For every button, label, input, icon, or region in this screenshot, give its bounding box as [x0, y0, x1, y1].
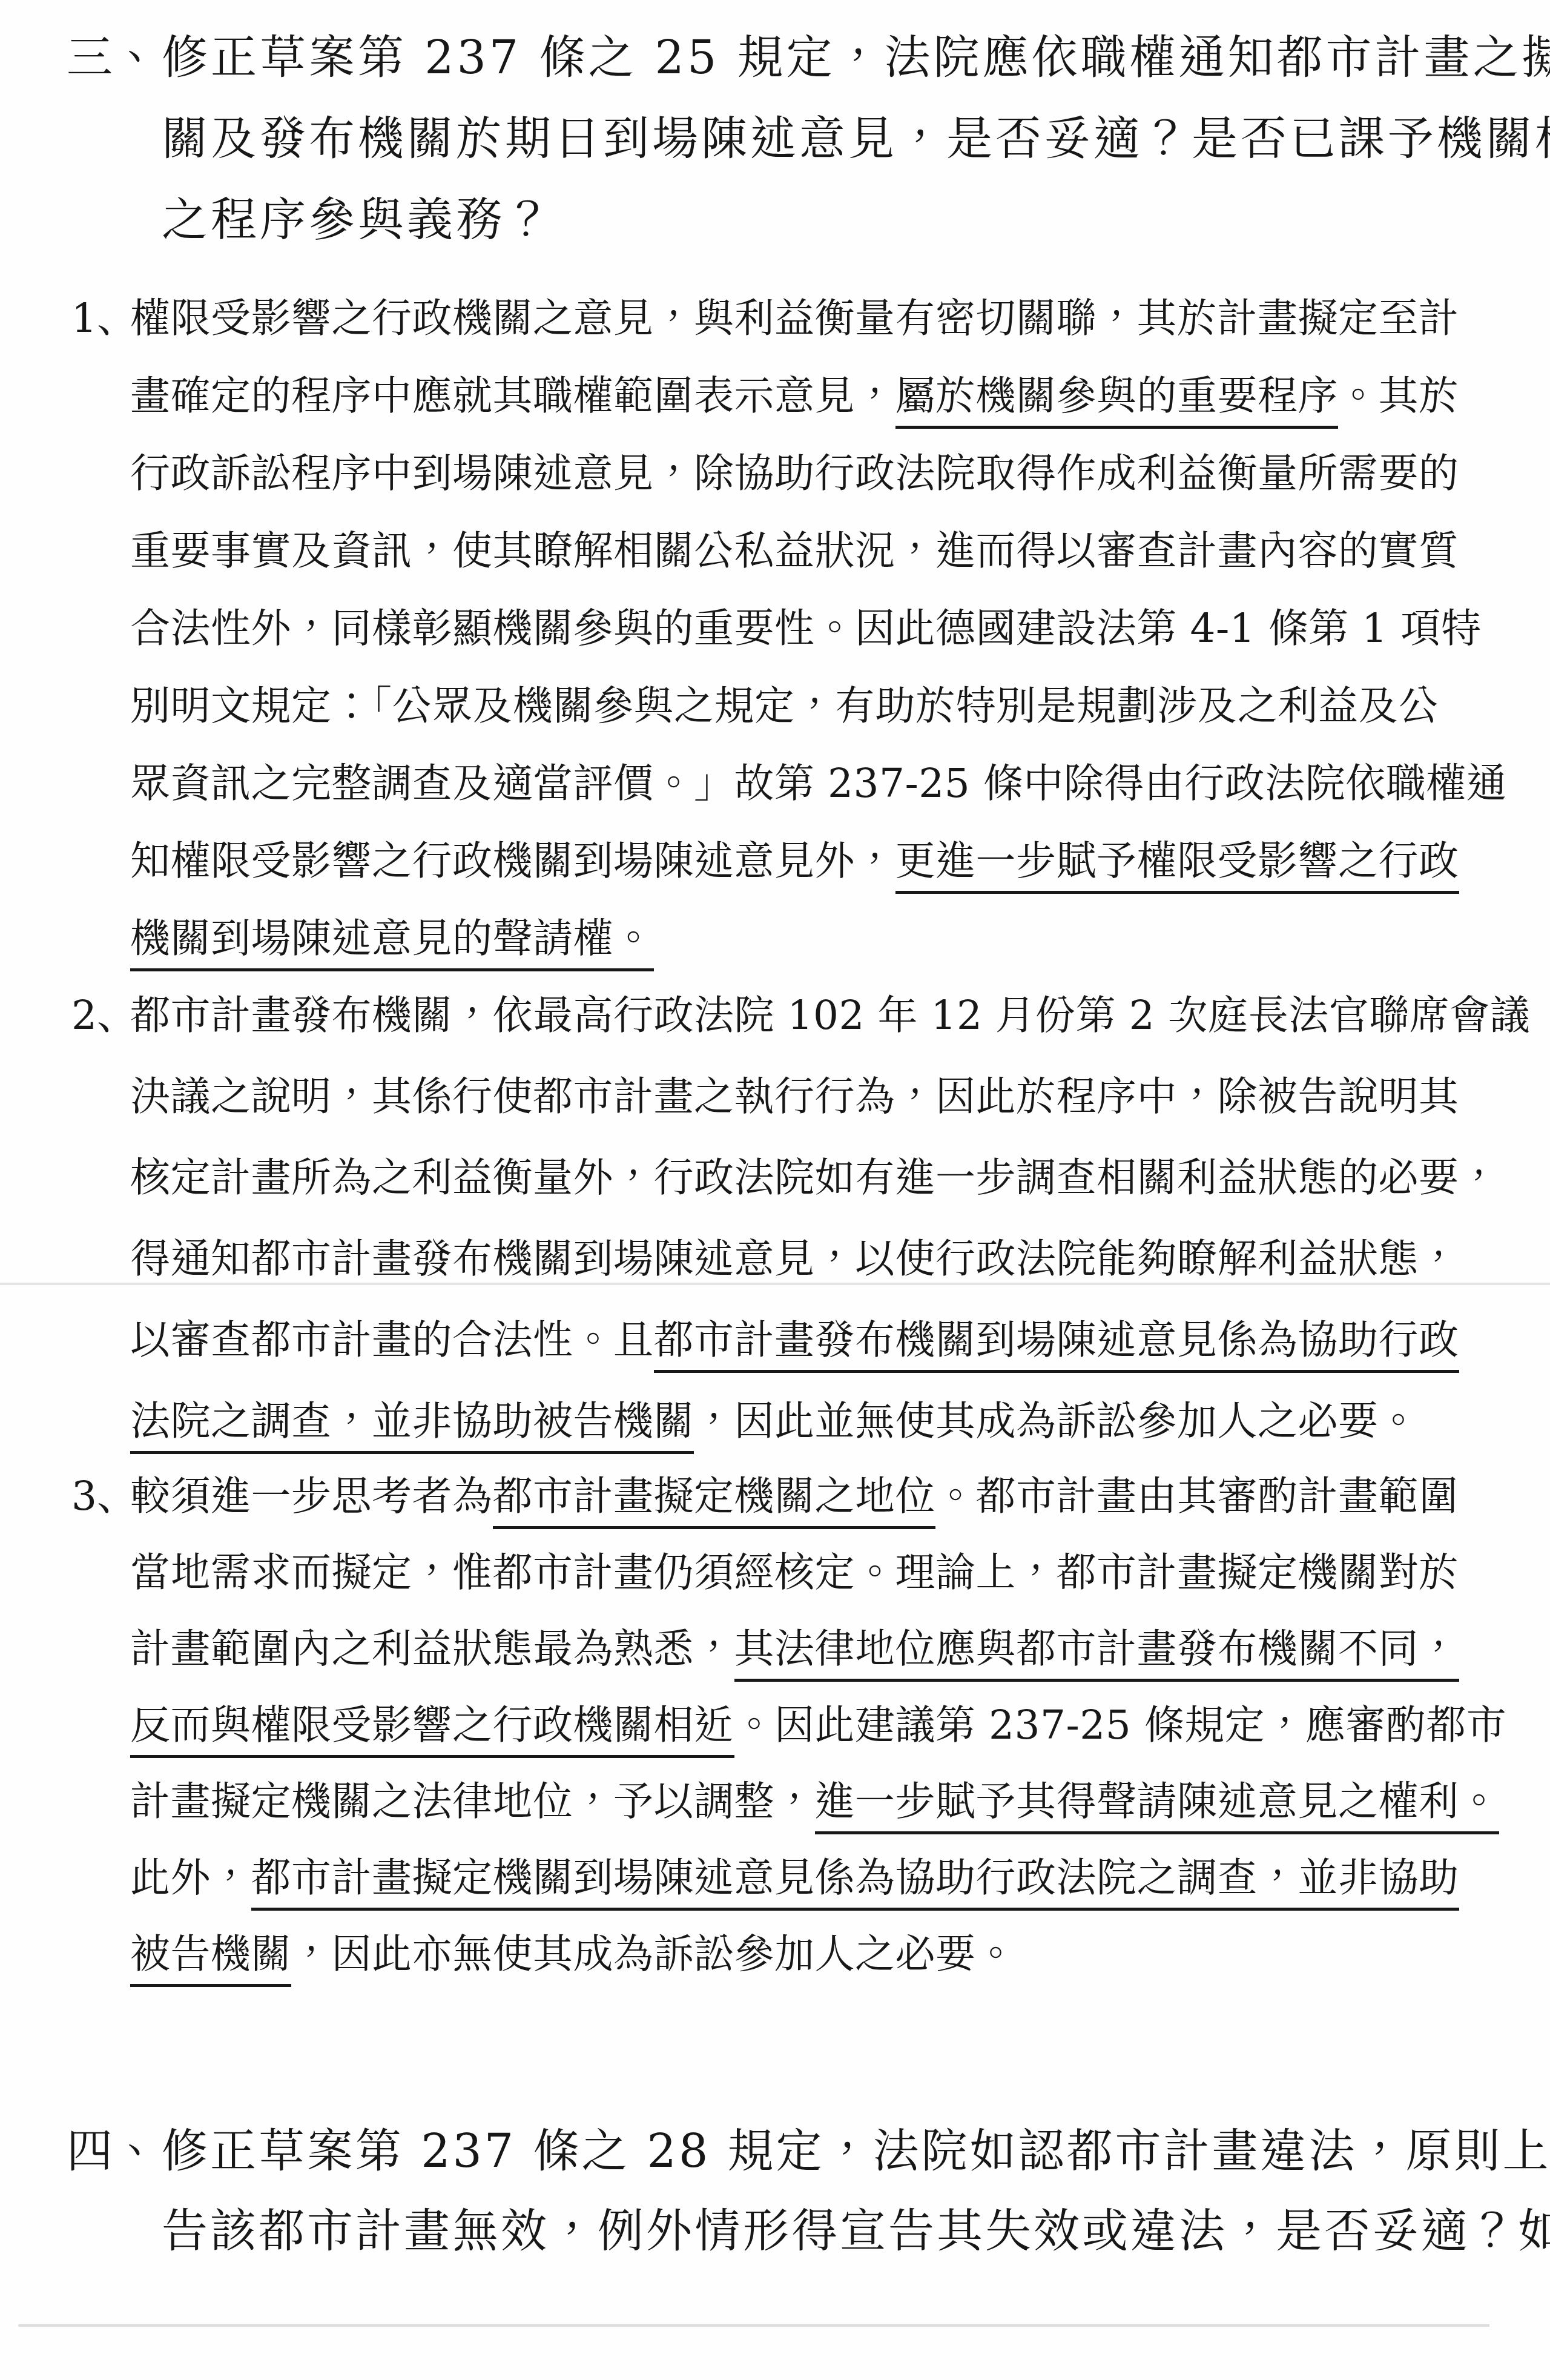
section-para-1: 1、權限受影響之行政機關之意見，與利益衡量有密切關聯，其於計畫擬定至計畫確定的程… [0, 280, 1550, 977]
text-line: 合法性外，同樣彰顯機關參與的重要性。因此德國建設法第 4-1 條第 1 項特 [0, 590, 1550, 667]
underlined-text: 機關到場陳述意見的聲請權。 [130, 915, 654, 971]
text-segment: 眾資訊之完整調查及適當評價。」故第 237-25 條中除得由行政法院依職權通 [130, 760, 1506, 807]
text-line: 行政訴訟程序中到場陳述意見，除協助行政法院取得作成利益衡量所需要的 [0, 435, 1550, 512]
text-segment: 決議之說明，其係行使都市計畫之執行行為，因此於程序中，除被告說明其 [130, 1073, 1459, 1120]
text-line: 畫確定的程序中應就其職權範圍表示意見，屬於機關參與的重要程序。其於 [0, 357, 1550, 435]
text-segment: 修正草案第 237 條之 28 規定，法院如認都市計畫違法，原則上應宣 [162, 2124, 1550, 2178]
text-line: 之程序參與義務？ [0, 179, 1550, 260]
text-line: 法院之調查，並非協助被告機關，因此並無使其成為訴訟參加人之必要。 [0, 1381, 1550, 1462]
underlined-text: 法院之調查，並非協助被告機關 [130, 1398, 694, 1454]
text-segment: 行政訴訟程序中到場陳述意見，除協助行政法院取得作成利益衡量所需要的 [130, 450, 1459, 497]
text-segment: ，因此並無使其成為訴訟參加人之必要。 [694, 1398, 1419, 1444]
underlined-text: 屬於機關參與的重要程序 [895, 372, 1339, 429]
underlined-text: 進一步賦予其得聲請陳述意見之權利。 [815, 1778, 1500, 1834]
underlined-text: 其法律地位應與都市計畫發布機關不同， [734, 1625, 1459, 1682]
text-line: 機關到場陳述意見的聲請權。 [0, 900, 1550, 977]
text-line: 四、修正草案第 237 條之 28 規定，法院如認都市計畫違法，原則上應宣 [0, 2111, 1550, 2191]
text-line: 當地需求而擬定，惟都市計畫仍須經核定。理論上，都市計畫擬定機關對於 [0, 1535, 1550, 1611]
text-line: 計畫擬定機關之法律地位，予以調整，進一步賦予其得聲請陳述意見之權利。 [0, 1764, 1550, 1840]
text-segment: 此外， [130, 1854, 251, 1901]
text-segment: 。因此建議第 237-25 條規定，應審酌都市 [734, 1702, 1507, 1748]
text-line: 告該都市計畫無效，例外情形得宣告其失效或違法，是否妥適？如相 [0, 2191, 1550, 2271]
text-line: 得通知都市計畫發布機關到場陳述意見，以使行政法院能夠瞭解利益狀態， [0, 1218, 1550, 1300]
text-line: 知權限受影響之行政機關到場陳述意見外，更進一步賦予權限受影響之行政 [0, 822, 1550, 900]
text-line: 別明文規定：「公眾及機關參與之規定，有助於特別是規劃涉及之利益及公 [0, 667, 1550, 745]
text-segment: 當地需求而擬定，惟都市計畫仍須經核定。理論上，都市計畫擬定機關對於 [130, 1549, 1459, 1596]
text-segment: 別明文規定：「公眾及機關參與之規定，有助於特別是規劃涉及之利益及公 [130, 683, 1439, 729]
text-segment: 計畫擬定機關之法律地位，予以調整， [130, 1778, 815, 1825]
text-segment: 以審查都市計畫的合法性。且 [130, 1317, 654, 1363]
text-segment: 修正草案第 237 條之 25 規定，法院應依職權通知都市計畫之擬定機 [162, 30, 1550, 84]
document-page: 三、修正草案第 237 條之 25 規定，法院應依職權通知都市計畫之擬定機關及發… [0, 0, 1550, 2380]
text-segment: 告該都市計畫無效，例外情形得宣告其失效或違法，是否妥適？如相 [162, 2204, 1550, 2258]
text-segment: 知權限受影響之行政機關到場陳述意見外， [130, 838, 895, 884]
list-marker: 四、 [67, 2111, 159, 2191]
text-line: 三、修正草案第 237 條之 25 規定，法院應依職權通知都市計畫之擬定機 [0, 17, 1550, 98]
text-segment: 都市計畫發布機關，依最高行政法院 102 年 12 月份第 2 次庭長法官聯席會… [130, 992, 1530, 1039]
text-segment: 關及發布機關於期日到場陳述意見，是否妥適？是否已課予機關相當 [162, 111, 1550, 165]
text-line: 以審查都市計畫的合法性。且都市計畫發布機關到場陳述意見係為協助行政 [0, 1300, 1550, 1381]
text-line: 2、都市計畫發布機關，依最高行政法院 102 年 12 月份第 2 次庭長法官聯… [0, 975, 1550, 1056]
list-marker: 3、 [71, 1458, 137, 1535]
text-segment: 得通知都市計畫發布機關到場陳述意見，以使行政法院能夠瞭解利益狀態， [130, 1235, 1459, 1282]
list-marker: 2、 [71, 975, 137, 1056]
underlined-text: 都市計畫發布機關到場陳述意見係為協助行政 [654, 1317, 1459, 1373]
text-segment: 畫確定的程序中應就其職權範圍表示意見， [130, 372, 895, 419]
text-segment: 之程序參與義務？ [162, 193, 554, 246]
text-segment: 核定計畫所為之利益衡量外，行政法院如有進一步調查相關利益狀態的必要， [130, 1154, 1499, 1201]
text-line: 此外，都市計畫擬定機關到場陳述意見係為協助行政法院之調查，並非協助 [0, 1840, 1550, 1916]
section-heading-4: 四、修正草案第 237 條之 28 規定，法院如認都市計畫違法，原則上應宣告該都… [0, 2111, 1550, 2271]
text-line: 重要事實及資訊，使其瞭解相關公私益狀況，進而得以審查計畫內容的實質 [0, 512, 1550, 590]
text-line: 核定計畫所為之利益衡量外，行政法院如有進一步調查相關利益狀態的必要， [0, 1137, 1550, 1218]
text-segment: 計畫範圍內之利益狀態最為熟悉， [130, 1625, 734, 1672]
text-segment: 重要事實及資訊，使其瞭解相關公私益狀況，進而得以審查計畫內容的實質 [130, 527, 1459, 574]
underlined-text: 都市計畫擬定機關之地位 [493, 1473, 936, 1529]
text-segment: 。都市計畫由其審酌計畫範圍 [935, 1473, 1459, 1519]
scan-artifact-line [18, 2324, 1489, 2327]
text-segment: 合法性外，同樣彰顯機關參與的重要性。因此德國建設法第 4-1 條第 1 項特 [130, 605, 1481, 652]
text-line: 決議之說明，其係行使都市計畫之執行行為，因此於程序中，除被告說明其 [0, 1056, 1550, 1137]
list-marker: 三、 [67, 17, 159, 98]
text-line: 反而與權限受影響之行政機關相近。因此建議第 237-25 條規定，應審酌都市 [0, 1687, 1550, 1764]
text-line: 被告機關，因此亦無使其成為訴訟參加人之必要。 [0, 1916, 1550, 1992]
section-heading-3: 三、修正草案第 237 條之 25 規定，法院應依職權通知都市計畫之擬定機關及發… [0, 17, 1550, 260]
text-line: 計畫範圍內之利益狀態最為熟悉，其法律地位應與都市計畫發布機關不同， [0, 1611, 1550, 1687]
list-marker: 1、 [71, 280, 137, 357]
text-segment: 。其於 [1338, 372, 1459, 419]
text-line: 眾資訊之完整調查及適當評價。」故第 237-25 條中除得由行政法院依職權通 [0, 745, 1550, 822]
text-line: 關及發布機關於期日到場陳述意見，是否妥適？是否已課予機關相當 [0, 98, 1550, 179]
underlined-text: 反而與權限受影響之行政機關相近 [130, 1702, 734, 1758]
section-para-3: 3、較須進一步思考者為都市計畫擬定機關之地位。都市計畫由其審酌計畫範圍當地需求而… [0, 1458, 1550, 1992]
text-segment: 較須進一步思考者為 [130, 1473, 493, 1519]
text-segment: 權限受影響之行政機關之意見，與利益衡量有密切關聯，其於計畫擬定至計 [130, 295, 1459, 342]
section-para-2: 2、都市計畫發布機關，依最高行政法院 102 年 12 月份第 2 次庭長法官聯… [0, 975, 1550, 1462]
text-line: 1、權限受影響之行政機關之意見，與利益衡量有密切關聯，其於計畫擬定至計 [0, 280, 1550, 357]
text-line: 3、較須進一步思考者為都市計畫擬定機關之地位。都市計畫由其審酌計畫範圍 [0, 1458, 1550, 1535]
underlined-text: 都市計畫擬定機關到場陳述意見係為協助行政法院之調查，並非協助 [251, 1854, 1459, 1911]
text-segment: ，因此亦無使其成為訴訟參加人之必要。 [291, 1931, 1016, 1977]
underlined-text: 被告機關 [130, 1931, 291, 1987]
underlined-text: 更進一步賦予權限受影響之行政 [895, 838, 1459, 894]
